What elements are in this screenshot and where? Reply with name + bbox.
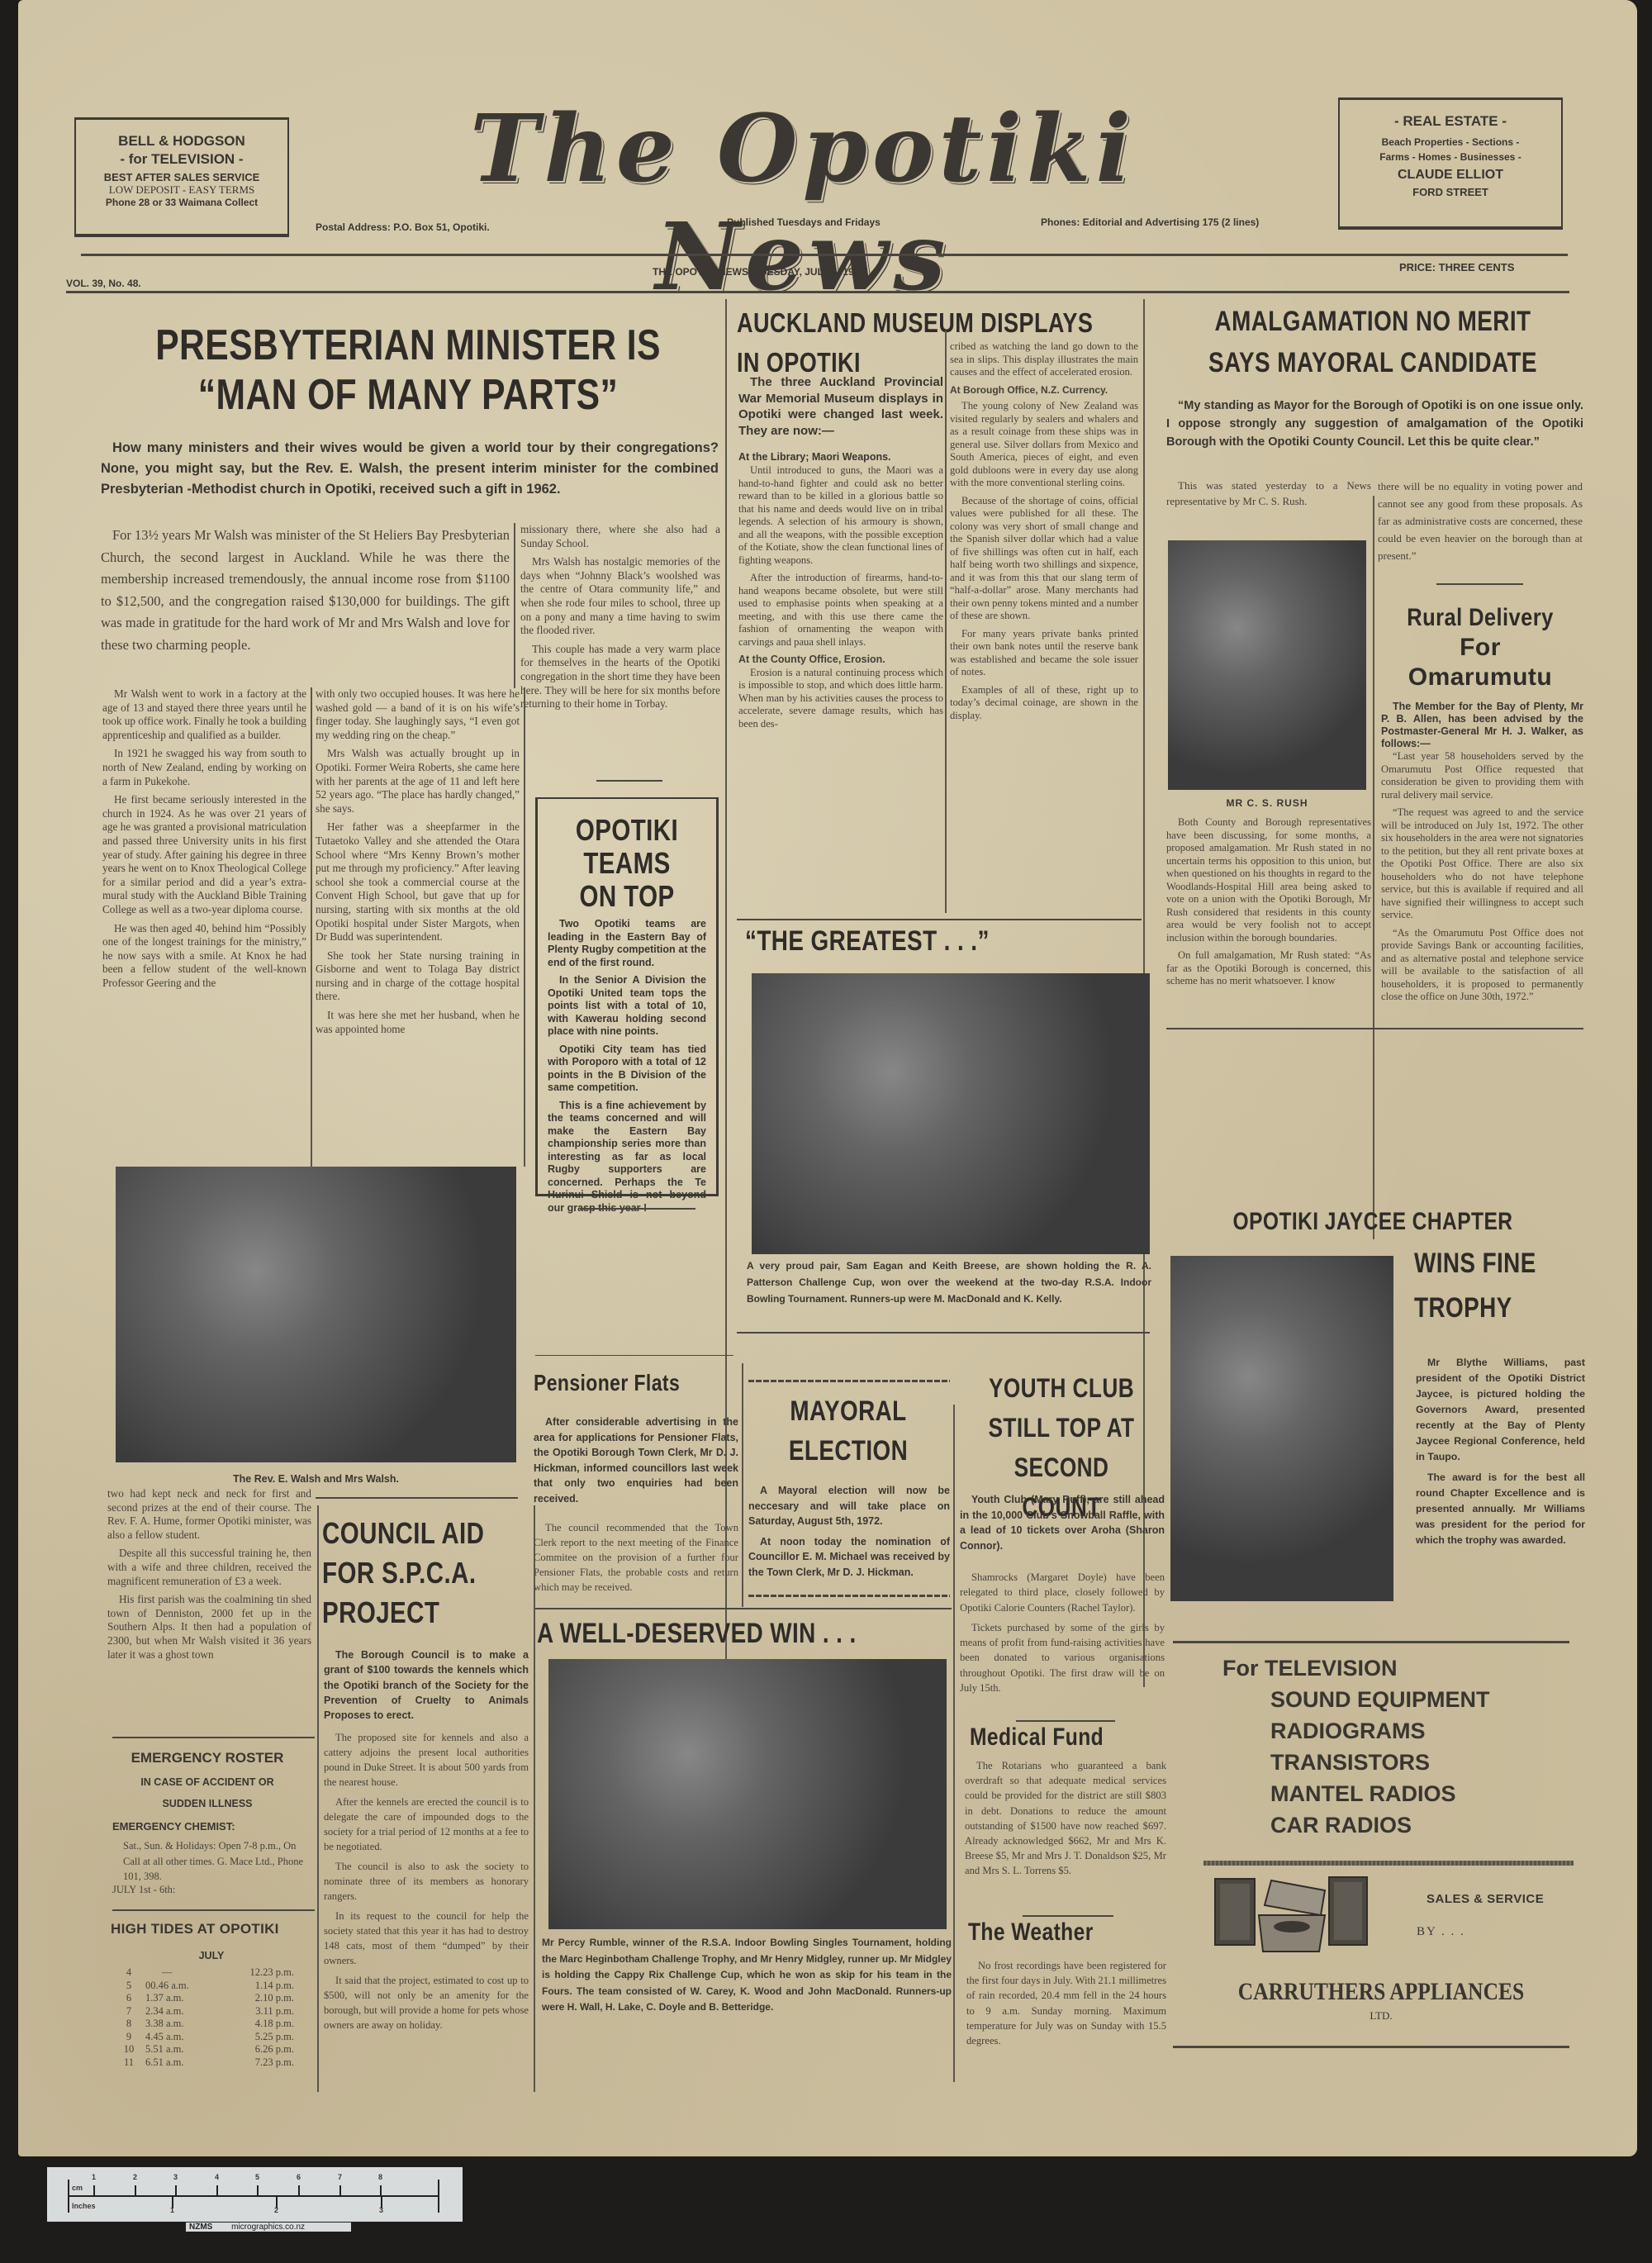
museum-sub-county: At the County Office, Erosion. — [738, 654, 943, 667]
ad-sales-service: SALES & SERVICE — [1427, 1892, 1544, 1906]
section-rule — [316, 1497, 518, 1499]
ad-ear-real-estate: - REAL ESTATE - Beach Properties - Secti… — [1338, 97, 1563, 230]
mayoral-body: A Mayoral election will now be neccesary… — [748, 1483, 950, 1585]
scale-cm-label: cm — [72, 2184, 83, 2192]
tide-row: 116.51 a.m.7.23 p.m. — [112, 2056, 311, 2070]
emergency-chemist-label: EMERGENCY CHEMIST: — [112, 1820, 235, 1833]
paragraph: It was here she met her husband, when he… — [316, 1009, 520, 1036]
headline-presbyterian: PRESBYTERIAN MINISTER IS — [150, 321, 665, 370]
ear-line: FORD STREET — [1340, 186, 1561, 198]
column-divider — [317, 1505, 319, 2092]
photo-greatest — [752, 973, 1150, 1254]
museum-intro: The three Auckland Provincial War Memori… — [738, 374, 943, 444]
section-rule — [737, 1332, 1150, 1334]
wavy-rule — [748, 1595, 950, 1597]
ear-line: - for TELEVISION - — [76, 151, 287, 168]
ad-rule-top — [1173, 1641, 1569, 1643]
headline-line: MAYORAL — [764, 1391, 933, 1431]
section-rule — [535, 1355, 733, 1356]
headline-line: Rural Delivery — [1389, 603, 1572, 633]
section-rule — [737, 919, 1142, 920]
ear-line: BELL & HODGSON — [76, 133, 287, 150]
end-rule — [1016, 1720, 1115, 1722]
paragraph: This was stated yesterday to a News repr… — [1166, 478, 1371, 509]
phones: Phones: Editorial and Advertising 175 (2… — [1041, 216, 1259, 228]
presbyterian-col-c: two had kept neck and neck for first and… — [107, 1487, 311, 1666]
scale-cm-tick: 8 — [378, 2173, 382, 2181]
paragraph: The award is for the best all round Chap… — [1416, 1470, 1585, 1548]
scale-brand-name: NZMS — [189, 2223, 212, 2232]
scale-cm-tick: 3 — [173, 2173, 178, 2181]
ad-rule-mid — [1203, 1861, 1574, 1866]
section-rule — [112, 1737, 315, 1738]
end-rule — [1023, 1915, 1113, 1917]
paragraph: there will be no equality in voting powe… — [1378, 478, 1583, 564]
ad-item: TRANSISTORS — [1270, 1747, 1571, 1778]
paragraph: The young colony of New Zealand was visi… — [950, 400, 1138, 490]
stereo-illustration-icon — [1213, 1872, 1370, 1955]
paragraph: “The request was agreed to and the servi… — [1381, 806, 1583, 922]
headline-well-deserved: A WELL-DESERVED WIN . . . — [537, 1618, 857, 1650]
ad-lead: For — [1222, 1656, 1259, 1681]
column-divider — [945, 330, 947, 913]
publication-days: Published Tuesdays and Fridays — [727, 216, 881, 228]
tides-title: HIGH TIDES AT OPOTIKI — [111, 1921, 279, 1937]
ad-rule-bottom — [1173, 2046, 1569, 2048]
paragraph: She took her State nursing training in G… — [316, 949, 520, 1004]
ad-company-suffix: LTD. — [1199, 2009, 1563, 2023]
ear-line: Farms - Homes - Businesses - — [1340, 151, 1561, 163]
scale-brand-row: NZMS micrographics.co.nz — [186, 2223, 351, 2232]
ad-item: CAR RADIOS — [1270, 1809, 1571, 1841]
paragraph: This is a fine achievement by the teams … — [548, 1100, 706, 1215]
scale-bar: cm Inches 1 2 3 4 5 6 7 8 1 2 3 NZMS — [47, 2167, 463, 2222]
column-divider — [953, 1405, 955, 2082]
headline-jaycee: OPOTIKI JAYCEE CHAPTER — [1197, 1208, 1549, 1236]
paragraph: In the Senior A Division the Opotiki Uni… — [548, 974, 706, 1039]
scale-brand-site: micrographics.co.nz — [231, 2223, 305, 2232]
masthead-title: The Opotiki News — [349, 95, 1257, 211]
weather-body: No frost recordings have been registered… — [966, 1958, 1166, 2053]
paragraph: No frost recordings have been registered… — [966, 1958, 1166, 2048]
headline-line: COUNCIL AID — [322, 1514, 484, 1553]
paragraph: The council is also to ask the society t… — [324, 1859, 529, 1904]
paragraph: Shamrocks (Margaret Doyle) have been rel… — [960, 1570, 1165, 1615]
paragraph: For many years private banks printed the… — [950, 628, 1138, 679]
paragraph: “Last year 58 householders served by the… — [1381, 750, 1583, 801]
museum-col-b: cribed as watching the land go down to t… — [950, 340, 1138, 727]
intro-paragraph: “My standing as Mayor for the Borough of… — [1166, 397, 1583, 451]
photo-caption-rush: MR C. S. RUSH — [1168, 797, 1366, 809]
masthead-rule-top — [81, 254, 1568, 256]
paragraph: After the introduction of firearms, hand… — [738, 572, 943, 649]
scale-cm-tick: 1 — [92, 2173, 96, 2181]
headline-jaycee-3: TROPHY — [1414, 1292, 1512, 1324]
jaycee-body: Mr Blythe Williams, past president of th… — [1416, 1355, 1585, 1553]
tide-row: 105.51 a.m.6.26 p.m. — [112, 2043, 311, 2056]
paragraph: He was then aged 40, behind him “Possibl… — [102, 922, 306, 991]
presbyterian-col-b: with only two occupied houses. It was he… — [316, 687, 520, 1041]
ear-line: Beach Properties - Sections - — [1340, 136, 1561, 148]
rural-intro: The Member for the Bay of Plenty, Mr P. … — [1381, 701, 1583, 755]
ad-item: MANTEL RADIOS — [1270, 1778, 1571, 1809]
paragraph: Two Opotiki teams are leading in the Eas… — [548, 918, 706, 969]
presbyterian-intro: How many ministers and their wives would… — [101, 438, 719, 505]
section-rule — [535, 1608, 952, 1609]
presbyterian-lead: For 13½ years Mr Walsh was minister of t… — [101, 525, 510, 661]
headline-line: TEAMS — [553, 847, 700, 880]
tides-month: JULY — [112, 1950, 311, 1961]
paragraph: He first became seriously interested in … — [102, 793, 306, 916]
ear-line: - REAL ESTATE - — [1340, 113, 1561, 130]
column-divider — [514, 523, 515, 688]
scale-inch-tick: 3 — [379, 2206, 383, 2214]
newspaper-page: BELL & HODGSON - for TELEVISION - BEST A… — [18, 0, 1637, 2156]
paragraph: Examples of all of these, right up to to… — [950, 684, 1138, 723]
photo-cs-rush — [1168, 540, 1366, 790]
ad-item: RADIOGRAMS — [1270, 1715, 1571, 1747]
headline-amalgamation-2: SAYS MAYORAL CANDIDATE — [1197, 347, 1549, 379]
column-divider — [742, 1363, 743, 1607]
paragraph: In 1921 he swagged his way from south to… — [102, 747, 306, 788]
intro-paragraph: How many ministers and their wives would… — [101, 438, 719, 500]
section-rule — [1166, 1028, 1583, 1029]
paragraph: On full amalgamation, Mr Rush stated: “A… — [1166, 949, 1371, 988]
paragraph: The proposed site for kennels and also a… — [324, 1730, 529, 1790]
scale-cm-tick: 5 — [255, 2173, 259, 2181]
lead-paragraph: For 13½ years Mr Walsh was minister of t… — [101, 525, 510, 656]
scale-inch-label: Inches — [72, 2202, 96, 2210]
volume-number: VOL. 39, No. 48. — [66, 278, 141, 289]
intro-paragraph: The Member for the Bay of Plenty, Mr P. … — [1381, 701, 1583, 750]
section-rule — [112, 1909, 315, 1911]
museum-col-a: Until introduced to guns, the Maori was … — [738, 464, 943, 735]
paragraph: Mrs Walsh was actually brought up in Opo… — [316, 747, 520, 815]
scale-inch-tick: 2 — [274, 2206, 278, 2214]
headline-council-aid: COUNCIL AID FOR S.P.C.A. PROJECT — [322, 1514, 484, 1633]
paragraph: Despite all this successful training he,… — [107, 1547, 311, 1588]
paragraph: Mrs Walsh has nostalgic memories of the … — [520, 555, 720, 638]
paragraph: After the kennels are erected the counci… — [324, 1795, 529, 1854]
headline-line: Omarumutu — [1373, 663, 1588, 692]
paragraph: with only two occupied houses. It was he… — [316, 687, 520, 742]
intro-paragraph: The three Auckland Provincial War Memori… — [738, 374, 943, 439]
photo-walsh-couple — [116, 1167, 516, 1462]
headline-line: STILL TOP AT — [976, 1408, 1147, 1448]
museum-sub-library: At the Library; Maori Weapons. — [738, 451, 891, 463]
wavy-rule — [748, 1380, 950, 1382]
pensioner-intro: After considerable advertising in the ar… — [534, 1414, 738, 1511]
amalgamation-col-a-top: This was stated yesterday to a News repr… — [1166, 478, 1371, 514]
pensioner-body: The council recommended that the Town Cl… — [534, 1520, 738, 1600]
amalgamation-col-a: Both County and Borough representatives … — [1166, 816, 1371, 993]
museum-sub-borough: At Borough Office, N.Z. Currency. — [950, 384, 1138, 397]
tide-row: 500.46 a.m.1.14 p.m. — [112, 1980, 311, 1993]
headline-museum: AUCKLAND MUSEUM DISPLAYS — [737, 307, 1143, 339]
rugby-box: OPOTIKI TEAMS ON TOP Two Opotiki teams a… — [535, 797, 719, 1196]
ear-line: Phone 28 or 33 Waimana Collect — [76, 197, 287, 208]
headline-weather: The Weather — [968, 1918, 1094, 1947]
ear-line: LOW DEPOSIT - EASY TERMS — [76, 183, 287, 197]
paragraph: missionary there, where she also had a S… — [520, 523, 720, 550]
paragraph: Mr Walsh went to work in a factory at th… — [102, 687, 306, 742]
paragraph: Her father was a sheepfarmer in the Tuta… — [316, 820, 520, 944]
paragraph: This couple has made a very warm place f… — [520, 643, 720, 711]
youth-body: Shamrocks (Margaret Doyle) have been rel… — [960, 1570, 1165, 1700]
paragraph: Tickets purchased by some of the girls b… — [960, 1620, 1165, 1695]
column-divider — [311, 687, 312, 1167]
end-rule — [580, 1208, 695, 1210]
end-rule — [1436, 583, 1523, 585]
scale-cm-tick: 7 — [338, 2173, 342, 2181]
paragraph: The Rotarians who guaranteed a bank over… — [965, 1758, 1166, 1879]
scale-inch-tick: 1 — [170, 2206, 174, 2214]
paragraph: Opotiki City team has tied with Poroporo… — [548, 1044, 706, 1095]
emergency-details: Sat., Sun. & Holidays: Open 7-8 p.m., On… — [123, 1838, 315, 1885]
carruthers-ad: For TELEVISION SOUND EQUIPMENT RADIOGRAM… — [1175, 1652, 1571, 1841]
medical-body: The Rotarians who guaranteed a bank over… — [965, 1758, 1166, 1884]
paragraph: A Mayoral election will now be neccesary… — [748, 1483, 950, 1529]
paragraph: cribed as watching the land go down to t… — [950, 340, 1138, 379]
ear-line: CLAUDE ELLIOT — [1340, 168, 1561, 183]
paragraph: Until introduced to guns, the Maori was … — [738, 464, 943, 567]
presbyterian-col-right-top: missionary there, where she also had a S… — [520, 523, 720, 716]
paragraph: Both County and Borough representatives … — [1166, 816, 1371, 944]
paragraph: Erosion is a natural continuing process … — [738, 667, 943, 731]
headline-amalgamation: AMALGAMATION NO MERIT — [1197, 306, 1549, 338]
headline-jaycee-2: WINS FINE — [1414, 1248, 1536, 1280]
ad-by: BY . . . — [1417, 1925, 1465, 1939]
column-divider — [524, 687, 525, 1167]
paragraph: two had kept neck and neck for first and… — [107, 1487, 311, 1542]
headline-line: YOUTH CLUB — [976, 1368, 1147, 1408]
headline-rural: Rural Delivery For Omarumutu — [1373, 603, 1588, 692]
ad-item: TELEVISION — [1265, 1656, 1398, 1681]
paragraph: Mr Blythe Williams, past president of th… — [1416, 1355, 1585, 1465]
headline-line: ON TOP — [553, 880, 700, 913]
emergency-subtitle-2: SUDDEN ILLNESS — [104, 1798, 311, 1809]
emergency-subtitle-1: IN CASE OF ACCIDENT OR — [104, 1776, 311, 1788]
price: PRICE: THREE CENTS — [1399, 261, 1514, 273]
ad-ear-bell-hodgson: BELL & HODGSON - for TELEVISION - BEST A… — [74, 117, 289, 237]
tide-row: 4—12.23 p.m. — [112, 1966, 311, 1980]
presbyterian-col-a: Mr Walsh went to work in a factory at th… — [102, 687, 306, 995]
caption-well-deserved: Mr Percy Rumble, winner of the R.S.A. In… — [542, 1935, 952, 2016]
masthead-rule-bottom — [66, 291, 1569, 293]
rural-body: “Last year 58 householders served by the… — [1381, 750, 1583, 1009]
amalgamation-intro: “My standing as Mayor for the Borough of… — [1166, 397, 1583, 456]
intro-paragraph: The Borough Council is to make a grant o… — [324, 1647, 529, 1723]
tide-row: 94.45 a.m.5.25 p.m. — [112, 2031, 311, 2044]
youth-intro: Youth Club (Mary Ruff), are still ahead … — [960, 1492, 1165, 1558]
scale-cm-tick: 6 — [297, 2173, 301, 2181]
paragraph: “As the Omarumutu Post Office does not p… — [1381, 927, 1583, 1004]
headline-presbyterian-2: “MAN OF MANY PARTS” — [150, 370, 665, 420]
tide-row: 61.37 a.m.2.10 p.m. — [112, 1992, 311, 2005]
photo-well-deserved — [548, 1659, 947, 1929]
headline-line: PROJECT — [322, 1593, 484, 1633]
headline-line: For — [1373, 633, 1588, 663]
headline-line: ELECTION — [764, 1431, 933, 1471]
tide-row: 83.38 a.m.4.18 p.m. — [112, 2018, 311, 2031]
tide-row: 72.34 a.m.3.11 p.m. — [112, 2005, 311, 2018]
paragraph: His first parish was the coalmining tin … — [107, 1593, 311, 1662]
ad-item: SOUND EQUIPMENT — [1270, 1684, 1571, 1715]
paragraph: At noon today the nomination of Councill… — [748, 1534, 950, 1581]
council-aid-intro: The Borough Council is to make a grant o… — [324, 1647, 529, 1728]
paragraph: It said that the project, estimated to c… — [324, 1973, 529, 2032]
paragraph: Because of the shortage of coins, offici… — [950, 495, 1138, 623]
photo-caption-walsh: The Rev. E. Walsh and Mrs Walsh. — [116, 1472, 516, 1486]
paragraph: In its request to the council for help t… — [324, 1909, 529, 1968]
scale-cm-tick: 2 — [133, 2173, 137, 2181]
headline-mayoral: MAYORAL ELECTION — [764, 1391, 933, 1471]
headline-greatest: “THE GREATEST . . .” — [745, 925, 990, 958]
emergency-title: EMERGENCY ROSTER — [104, 1750, 311, 1766]
emergency-dates: JULY 1st - 6th: — [112, 1884, 175, 1896]
headline-medical: Medical Fund — [970, 1723, 1104, 1752]
amalgamation-col-b-top: there will be no equality in voting powe… — [1378, 478, 1583, 569]
headline-line: FOR S.P.C.A. — [322, 1553, 484, 1593]
column-divider — [534, 1505, 535, 2092]
end-rule — [596, 780, 662, 782]
intro-paragraph: Youth Club (Mary Ruff), are still ahead … — [960, 1492, 1165, 1553]
intro-paragraph: After considerable advertising in the ar… — [534, 1414, 738, 1506]
ad-company: CARRUTHERS APPLIANCES — [1227, 1978, 1536, 2006]
paragraph: The council recommended that the Town Cl… — [534, 1520, 738, 1595]
scale-cm-tick: 4 — [215, 2173, 219, 2181]
council-aid-body: The proposed site for kennels and also a… — [324, 1730, 529, 2037]
photo-blythe-williams — [1170, 1256, 1393, 1601]
ear-line: BEST AFTER SALES SERVICE — [76, 171, 287, 183]
dateline: THE OPOTIKI NEWS, TUESDAY, JULY 4, 1972. — [653, 266, 867, 278]
caption-greatest: A very proud pair, Sam Eagan and Keith B… — [747, 1257, 1151, 1307]
headline-line: OPOTIKI — [553, 814, 700, 847]
postal-address: Postal Address: P.O. Box 51, Opotiki. — [316, 221, 490, 233]
tides-table: 4—12.23 p.m. 500.46 a.m.1.14 p.m. 61.37 … — [112, 1966, 311, 2069]
headline-pensioner: Pensioner Flats — [534, 1370, 680, 1396]
